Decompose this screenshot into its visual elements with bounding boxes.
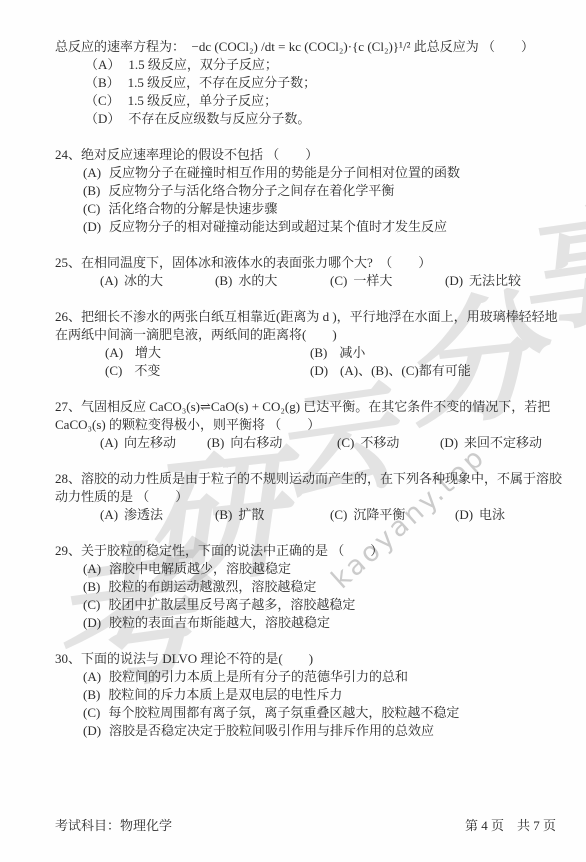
option: (B)向右移动 (207, 434, 337, 452)
question-stem: 总反应的速率方程为： −dc (COCl₂) /dt = kc (COCl₂)·… (55, 38, 560, 56)
option-text: 活化络合物的分解是快速步骤 (108, 201, 277, 216)
option-text: 反应物分子在碰撞时相互作用的势能是分子间相对位置的函数 (109, 165, 460, 180)
option: (C)每个胶粒周围都有离子氛，离子氛重叠区越大，胶粒越不稳定 (55, 704, 560, 722)
option: (C)一样大 (330, 272, 445, 290)
option: (C)不移动 (337, 434, 440, 452)
question-block: 25、在相同温度下，固体冰和液体水的表面张力哪个大? （ ） (A)冰的大 (B… (55, 254, 560, 290)
option: (C)不变 (105, 362, 310, 380)
exam-page: 考 研 云 分 享 kaoyany.top 总反应的速率方程为： −dc (CO… (0, 0, 586, 862)
option-label: （D） (85, 111, 120, 126)
option-label: (D) (83, 615, 101, 630)
option-list: (A)反应物分子在碰撞时相互作用的势能是分子间相对位置的函数 (B)反应物分子与… (55, 164, 560, 236)
option-text: 不移动 (360, 435, 399, 450)
option: (B)扩散 (215, 506, 330, 524)
option-text: 1.5 级反应，单分子反应； (128, 93, 278, 108)
option-label: (B) (215, 273, 232, 288)
option-label: (B) (310, 345, 327, 360)
option-label: (C) (83, 597, 100, 612)
option: (A)反应物分子在碰撞时相互作用的势能是分子间相对位置的函数 (55, 164, 560, 182)
option-label: (B) (215, 507, 232, 522)
option-text: 向左移动 (124, 435, 176, 450)
question-block: 总反应的速率方程为： −dc (COCl₂) /dt = kc (COCl₂)·… (55, 38, 560, 128)
option-text: 1.5 级反应，双分子反应； (128, 57, 278, 72)
page-footer: 考试科目：物理化学 第 4 页 共 7 页 (55, 815, 556, 834)
question-block: 28、溶胶的动力性质是由于粒子的不规则运动而产生的，在下列各种现象中，不属于溶胶… (55, 470, 560, 524)
option-label: (C) (337, 435, 354, 450)
option-label: (D) (440, 435, 458, 450)
option-text: 反应物分子与活化络合物分子之间存在着化学平衡 (108, 183, 394, 198)
option-label: (A) (100, 435, 118, 450)
option: （A）1.5 级反应，双分子反应； (55, 56, 560, 74)
option-list: (A)溶胶中电解质越少，溶胶越稳定 (B)胶粒的布朗运动越激烈，溶胶越稳定 (C… (55, 560, 560, 632)
option: (D)电泳 (455, 506, 560, 524)
option-text: 增大 (135, 345, 161, 360)
question-block: 30、下面的说法与 DLVO 理论不符的是( ) (A)胶粒间的引力本质上是所有… (55, 650, 560, 740)
option-label: (A) (100, 273, 118, 288)
option-text: 溶胶是否稳定决定于胶粒间吸引作用与排斥作用的总效应 (109, 723, 434, 738)
option-text: 一样大 (353, 273, 392, 288)
option-text: 沉降平衡 (353, 507, 405, 522)
option-label: (D) (445, 273, 463, 288)
footer-page-number: 第 4 页 共 7 页 (465, 815, 556, 834)
option: (D)来回不定移动 (440, 434, 560, 452)
option-list: (A)向左移动 (B)向右移动 (C)不移动 (D)来回不定移动 (55, 434, 560, 452)
question-block: 27、气固相反应 CaCO₃(s)⇌CaO(s) + CO₂(g) 已达平衡。在… (55, 398, 560, 452)
option: (A)渗透法 (100, 506, 215, 524)
option-text: 渗透法 (124, 507, 163, 522)
option-label: (C) (330, 273, 347, 288)
question-block: 29、关于胶粒的稳定性，下面的说法中正确的是 （ ） (A)溶胶中电解质越少，溶… (55, 542, 560, 632)
option: (B)胶粒的布朗运动越激烈，溶胶越稳定 (55, 578, 560, 596)
option-label: (C) (330, 507, 347, 522)
option-label: (D) (83, 723, 101, 738)
option: (A)向左移动 (100, 434, 207, 452)
option-label: (B) (83, 687, 100, 702)
option-label: (A) (83, 561, 101, 576)
option-text: 不存在反应级数与反应分子数。 (128, 111, 310, 126)
option: (B)胶粒间的斥力本质上是双电层的电性斥力 (55, 686, 560, 704)
option-label: （B） (85, 75, 120, 90)
option-text: (A)、(B)、(C)都有可能 (340, 363, 471, 378)
option: (A)溶胶中电解质越少，溶胶越稳定 (55, 560, 560, 578)
option-list: (A)增大 (B)减小 (C)不变 (D)(A)、(B)、(C)都有可能 (55, 344, 560, 380)
option-list: (A)渗透法 (B)扩散 (C)沉降平衡 (D)电泳 (55, 506, 560, 524)
question-list: 总反应的速率方程为： −dc (COCl₂) /dt = kc (COCl₂)·… (55, 38, 560, 758)
option-text: 减小 (339, 345, 365, 360)
option-text: 不变 (134, 363, 160, 378)
question-stem: 在两纸中间滴一滴肥皂液，两纸间的距离将( ) (55, 326, 560, 344)
question-stem: 28、溶胶的动力性质是由于粒子的不规则运动而产生的，在下列各种现象中，不属于溶胶 (55, 470, 560, 488)
option-text: 来回不定移动 (464, 435, 542, 450)
option-label: (D) (83, 219, 101, 234)
option-text: 胶粒的表面吉布斯能越大，溶胶越稳定 (109, 615, 330, 630)
option: (D)胶粒的表面吉布斯能越大，溶胶越稳定 (55, 614, 560, 632)
option-label: (D) (455, 507, 473, 522)
option-text: 扩散 (238, 507, 264, 522)
option-text: 胶团中扩散层里反号离子越多，溶胶越稳定 (108, 597, 355, 612)
question-block: 26、把细长不渗水的两张白纸互相靠近(距离为 d )，平行地浮在水面上，用玻璃棒… (55, 308, 560, 380)
option: (B)水的大 (215, 272, 330, 290)
option: (C)胶团中扩散层里反号离子越多，溶胶越稳定 (55, 596, 560, 614)
option: (C)沉降平衡 (330, 506, 455, 524)
option-text: 胶粒间的引力本质上是所有分子的范德华引力的总和 (109, 669, 408, 684)
option-text: 溶胶中电解质越少，溶胶越稳定 (109, 561, 291, 576)
option-text: 反应物分子的相对碰撞动能达到或超过某个值时才发生反应 (109, 219, 447, 234)
option-label: (A) (83, 165, 101, 180)
option-text: 电泳 (479, 507, 505, 522)
option: (A)增大 (105, 344, 310, 362)
option-list: (A)冰的大 (B)水的大 (C)一样大 (D)无法比较 (55, 272, 560, 290)
footer-exam-subject: 考试科目：物理化学 (55, 815, 172, 834)
option-list: (A)胶粒间的引力本质上是所有分子的范德华引力的总和 (B)胶粒间的斥力本质上是… (55, 668, 560, 740)
option: (D)反应物分子的相对碰撞动能达到或超过某个值时才发生反应 (55, 218, 560, 236)
option: (A)冰的大 (100, 272, 215, 290)
question-stem: 29、关于胶粒的稳定性，下面的说法中正确的是 （ ） (55, 542, 560, 560)
option-text: 1.5 级反应，不存在反应分子数； (128, 75, 317, 90)
question-stem: 27、气固相反应 CaCO₃(s)⇌CaO(s) + CO₂(g) 已达平衡。在… (55, 398, 560, 416)
option-label: (B) (83, 579, 100, 594)
option: (C)活化络合物的分解是快速步骤 (55, 200, 560, 218)
option-text: 向右移动 (230, 435, 282, 450)
option-text: 胶粒间的斥力本质上是双电层的电性斥力 (108, 687, 342, 702)
option-label: (D) (310, 363, 328, 378)
option-text: 胶粒的布朗运动越激烈，溶胶越稳定 (108, 579, 316, 594)
option: (B)反应物分子与活化络合物分子之间存在着化学平衡 (55, 182, 560, 200)
option-label: (B) (83, 183, 100, 198)
option-text: 每个胶粒周围都有离子氛，离子氛重叠区越大，胶粒越不稳定 (108, 705, 459, 720)
option-label: (A) (100, 507, 118, 522)
option: (D)溶胶是否稳定决定于胶粒间吸引作用与排斥作用的总效应 (55, 722, 560, 740)
option-text: 无法比较 (469, 273, 521, 288)
question-stem: 30、下面的说法与 DLVO 理论不符的是( ) (55, 650, 560, 668)
option-label: (B) (207, 435, 224, 450)
question-stem: 26、把细长不渗水的两张白纸互相靠近(距离为 d )，平行地浮在水面上，用玻璃棒… (55, 308, 560, 326)
option-label: (C) (83, 201, 100, 216)
option: (D)无法比较 (445, 272, 560, 290)
question-block: 24、绝对反应速率理论的假设不包括 （ ） (A)反应物分子在碰撞时相互作用的势… (55, 146, 560, 236)
question-stem: 24、绝对反应速率理论的假设不包括 （ ） (55, 146, 560, 164)
option-label: （C） (85, 93, 120, 108)
option-text: 冰的大 (124, 273, 163, 288)
option: （B）1.5 级反应，不存在反应分子数； (55, 74, 560, 92)
question-stem: CaCO₃(s) 的颗粒变得极小，则平衡将 （ ） (55, 416, 560, 434)
option: （C）1.5 级反应，单分子反应； (55, 92, 560, 110)
option: (B)减小 (310, 344, 560, 362)
option-label: (A) (83, 669, 101, 684)
option-list: （A）1.5 级反应，双分子反应； （B）1.5 级反应，不存在反应分子数； （… (55, 56, 560, 128)
question-stem: 25、在相同温度下，固体冰和液体水的表面张力哪个大? （ ） (55, 254, 560, 272)
option: (D)(A)、(B)、(C)都有可能 (310, 362, 560, 380)
option: （D）不存在反应级数与反应分子数。 (55, 110, 560, 128)
option-label: (A) (105, 345, 123, 360)
question-stem: 动力性质的是 （ ） (55, 488, 560, 506)
option-label: （A） (85, 57, 120, 72)
option-label: (C) (105, 363, 122, 378)
option-label: (C) (83, 705, 100, 720)
option-text: 水的大 (238, 273, 277, 288)
option: (A)胶粒间的引力本质上是所有分子的范德华引力的总和 (55, 668, 560, 686)
